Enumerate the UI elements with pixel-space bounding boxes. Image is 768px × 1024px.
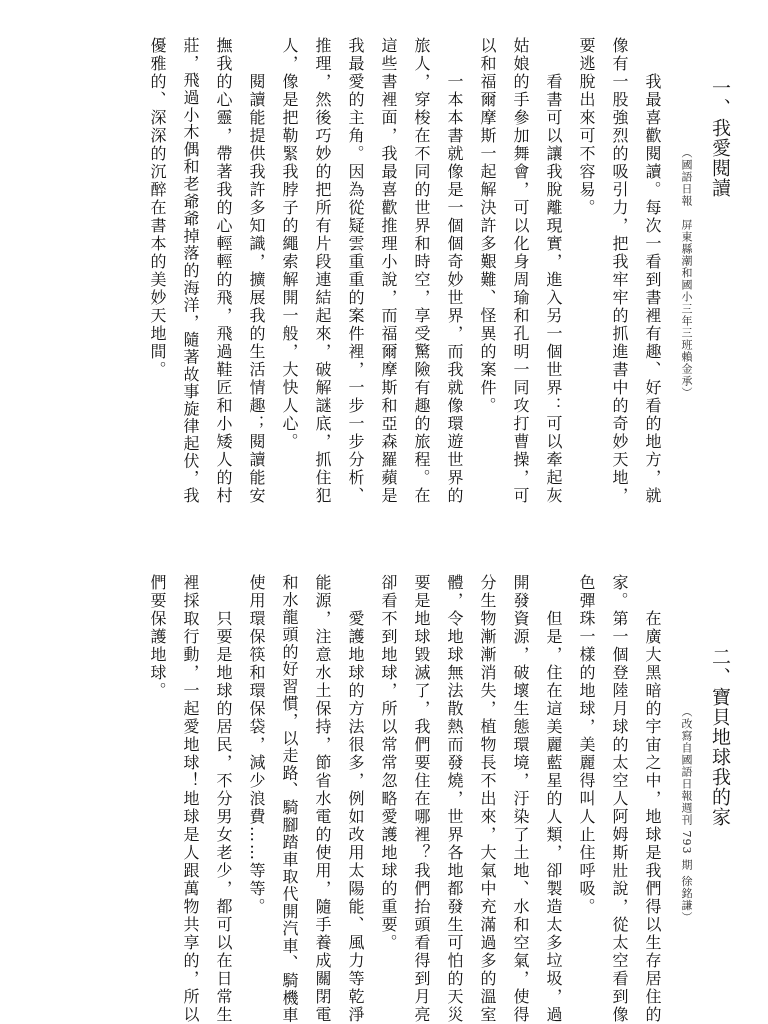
text-column: 能源，注意水土保持，節省水電的使用，隨手養成關閉電 [313, 574, 331, 1024]
text-column: 色彈珠一樣的地球，美麗得叫人止住呼吸。 [577, 574, 595, 916]
text-column: 撫我的心靈，帶著我的心輕輕的飛，飛過鞋匠和小矮人的村 [214, 37, 232, 505]
essay-source: （國語日報 屏東縣潮和國小三年三班賴金承） [680, 147, 692, 399]
text-column: 使用環保筷和環保袋，減少浪費……等等。 [247, 574, 265, 916]
text-column: 但是，住在這美麗藍星的人類，卻製造太多垃圾，過 [544, 610, 562, 1024]
text-column: 這些書裡面，我最喜歡推理小說，而福爾摩斯和亞森羅蘋是 [379, 37, 397, 505]
text-column: 體，令地球無法散熱而發燒，世界各地都發生可怕的天災 [445, 574, 463, 1024]
text-column: 開發資源，破壞生態環境，汙染了土地、水和空氣，使得 [511, 574, 529, 1024]
text-column: 莊，飛過小木偶和老爺爺掉落的海洋，隨著故事旋律起伏，我 [181, 37, 199, 504]
text-column: 只要是地球的居民，不分男女老少，都可以在日常生 [214, 610, 232, 1024]
text-column: 家。第一個登陸月球的太空人阿姆斯壯說，從太空看到像 [610, 574, 628, 1024]
text-column: 在廣大黑暗的宇宙之中，地球是我們得以生存居住的 [643, 610, 661, 1024]
text-column: 們要保護地球。 [148, 574, 166, 700]
text-column: 一本本書就像是一個個奇妙世界，而我就像環遊世界的 [445, 73, 463, 505]
text-column: 我最喜歡閱讀。每次一看到書裡有趣、好看的地方，就 [643, 73, 661, 505]
text-column: 卻看不到地球，所以常常忽略愛護地球的重要。 [379, 574, 397, 952]
text-column: 愛護地球的方法很多，例如改用太陽能、風力等乾淨 [346, 610, 364, 1024]
document-page: 一、我愛閱讀 （國語日報 屏東縣潮和國小三年三班賴金承） 我最喜歡閱讀。每次一看… [0, 0, 768, 1024]
text-column: 我最愛的主角。因為從疑雲重重的案件裡，一步一步分析、 [346, 37, 364, 505]
text-column: 要逃脫出來可不容易。 [577, 37, 595, 217]
text-column: 姑娘的手參加舞會，可以化身周瑜和孔明一同攻打曹操，可 [511, 37, 529, 505]
text-column: 看書可以讓我脫離現實，進入另一個世界：可以牽起灰 [544, 73, 562, 505]
text-column: 推理，然後巧妙的把所有片段連結起來，破解謎底，抓住犯 [313, 37, 331, 505]
text-column: 旅人，穿梭在不同的世界和時空，享受驚險有趣的旅程。在 [412, 37, 430, 505]
text-column: 像有一股強烈的吸引力，把我牢牢的抓進書中的奇妙天地， [610, 37, 628, 505]
text-column: 閱讀能提供我許多知識，擴展我的生活情趣；閱讀能安 [247, 73, 265, 505]
text-column: 要是地球毀滅了，我們要住在哪裡？我們抬頭看得到月亮 [412, 574, 430, 1024]
text-column: 和水龍頭的好習慣，以走路、騎腳踏車取代開汽車、騎機車 [280, 574, 298, 1024]
text-column: 優雅的、深深的沉醉在書本的美妙天地間。 [148, 37, 166, 379]
text-column: 裡採取行動，一起愛地球！地球是人跟萬物共享的，所以 [181, 574, 199, 1024]
text-column: 人，像是把勒緊我脖子的繩索解開一般，大快人心。 [280, 37, 298, 451]
essay-source: （改寫自國語日報週刊 793 期 徐銘謙） [680, 706, 692, 924]
text-column: 以和福爾摩斯一起解決許多艱難、怪異的案件。 [478, 37, 496, 415]
essay-title: 二、寶貝地球我的家 [710, 647, 730, 827]
text-column: 分生物漸漸消失，植物長不出來，大氣中充滿過多的溫室 [478, 574, 496, 1024]
essay-title: 一、我愛閱讀 [710, 78, 730, 198]
